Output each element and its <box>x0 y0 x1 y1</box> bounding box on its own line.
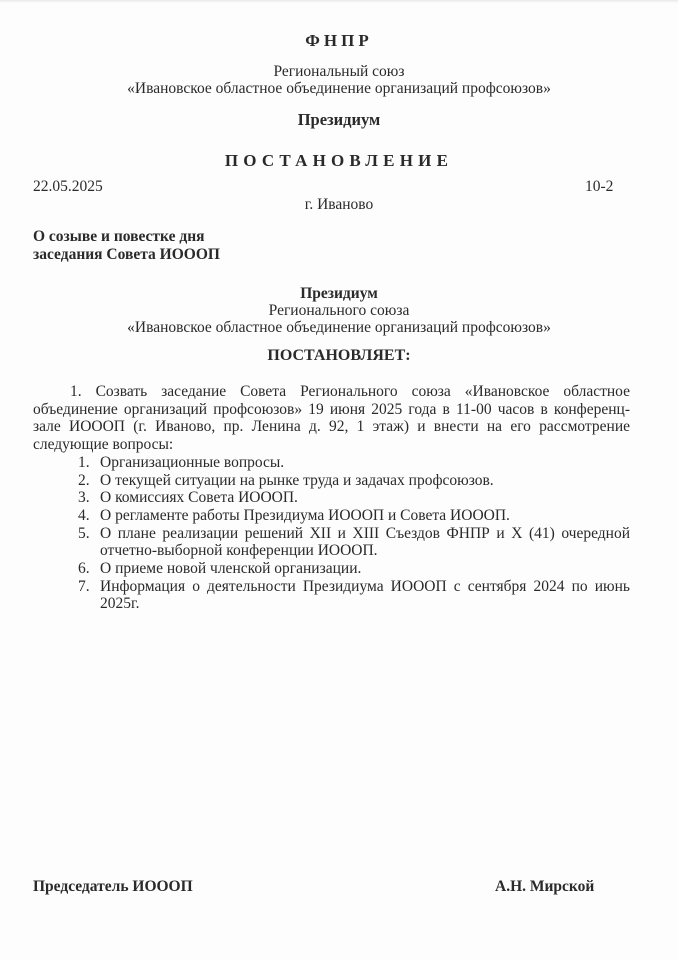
header-body: Президиум <box>0 110 678 130</box>
agenda-item: 3.О комиссиях Совета ИОООП. <box>33 489 630 507</box>
agenda-item: 1.Организационные вопросы. <box>33 454 630 472</box>
agenda-item: 7.Информация о деятельности Президиума И… <box>33 578 630 613</box>
agenda-item: 6.О приеме новой членской организации. <box>33 560 630 578</box>
org-code: ФНПР <box>0 31 678 51</box>
issuer-body: Президиум <box>0 285 678 303</box>
resolution-body: 1. Созвать заседание Совета Региональног… <box>33 383 630 613</box>
resolves-heading: ПОСТАНОВЛЯЕТ: <box>0 347 678 365</box>
document-city: г. Иваново <box>0 196 678 214</box>
issuer-union: Регионального союза <box>0 302 678 320</box>
header-union-name: Региональный союз <box>0 63 678 81</box>
resolution-paragraph: 1. Созвать заседание Совета Региональног… <box>33 383 630 454</box>
subject-line: О созыве и повестке дня <box>33 228 253 246</box>
agenda-list: 1.Организационные вопросы. 2.О текущей с… <box>33 454 630 613</box>
signatory-title: Председатель ИОООП <box>33 878 193 896</box>
document-subject: О созыве и повестке дня заседания Совета… <box>33 228 253 263</box>
document-page: ФНПР Региональный союз «Ивановское облас… <box>0 0 678 960</box>
scan-edge <box>0 0 678 3</box>
issuer-union-full-name: «Ивановское областное объединение органи… <box>0 319 678 337</box>
header-union-full-name: «Ивановское областное объединение органи… <box>0 80 678 98</box>
subject-line: заседания Совета ИОООП <box>33 246 253 264</box>
agenda-item: 2.О текущей ситуации на рынке труда и за… <box>33 472 630 490</box>
document-date: 22.05.2025 <box>33 178 103 196</box>
agenda-item: 4.О регламенте работы Президиума ИОООП и… <box>33 507 630 525</box>
signatory-name: А.Н. Мирской <box>495 878 594 896</box>
document-number: 10-2 <box>585 178 613 196</box>
agenda-item: 5.О плане реализации решений XII и XIII … <box>33 525 630 560</box>
document-type: ПОСТАНОВЛЕНИЕ <box>0 151 678 171</box>
